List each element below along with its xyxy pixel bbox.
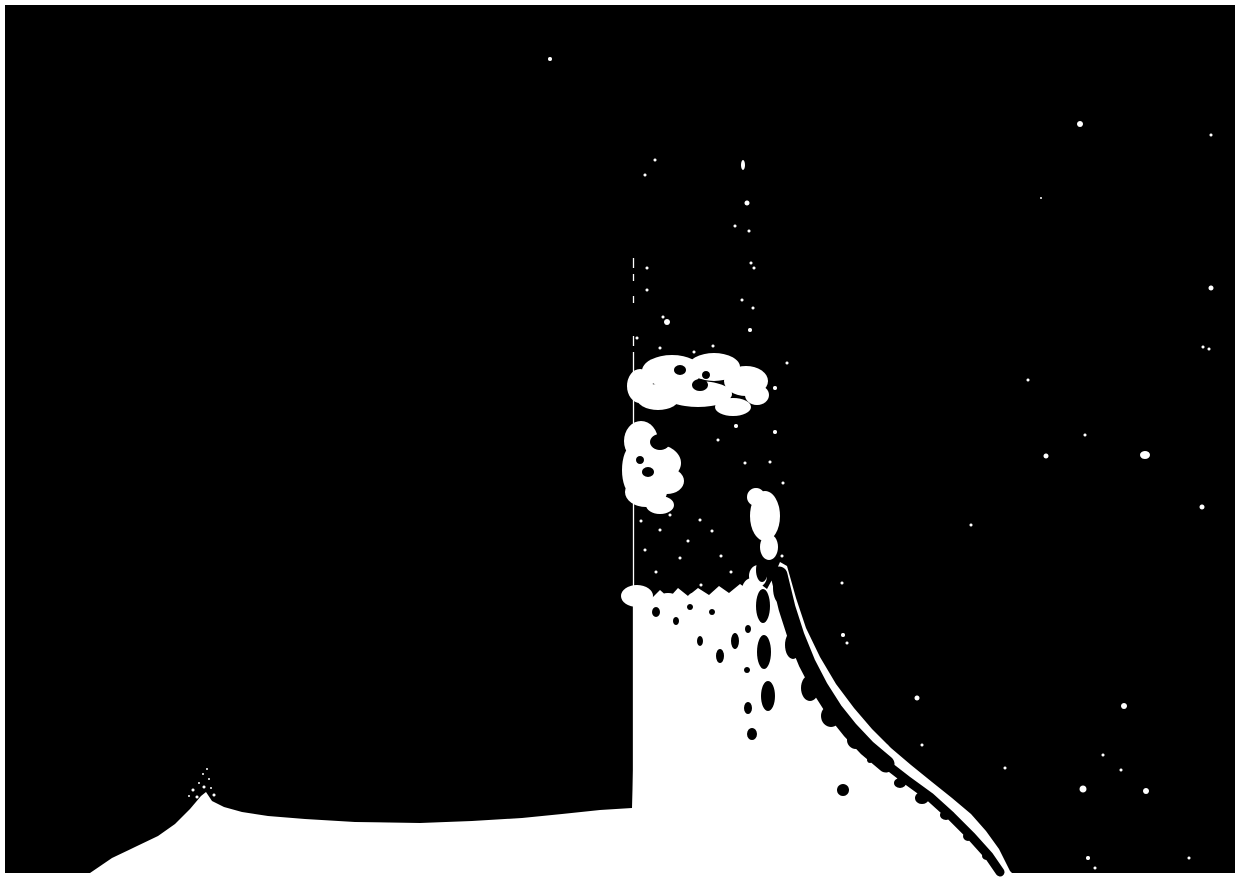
spatter-dot bbox=[654, 159, 657, 162]
spatter-dot bbox=[679, 557, 682, 560]
dark-fleck bbox=[785, 631, 801, 659]
spatter-dot bbox=[1094, 867, 1097, 870]
spatter-dot bbox=[655, 571, 658, 574]
white-blob bbox=[715, 398, 751, 416]
spatter-dot bbox=[717, 439, 720, 442]
spatter-dot bbox=[659, 347, 662, 350]
spatter-dot bbox=[669, 514, 672, 517]
spatter-dot bbox=[921, 744, 924, 747]
spatter-dot bbox=[720, 555, 723, 558]
spatter-dot bbox=[769, 461, 772, 464]
spatter-dot bbox=[773, 386, 777, 390]
spatter-dot bbox=[846, 642, 849, 645]
dark-fleck bbox=[650, 434, 670, 450]
spatter-dot bbox=[203, 786, 206, 789]
spatter-dot bbox=[1040, 197, 1042, 199]
spatter-dot bbox=[196, 796, 199, 799]
spatter-dot bbox=[188, 795, 190, 797]
dark-fleck bbox=[652, 607, 660, 617]
dark-fleck bbox=[716, 649, 724, 663]
spatter-dot bbox=[745, 201, 750, 206]
spatter-dot bbox=[781, 555, 784, 558]
white-blob bbox=[741, 160, 745, 170]
spatter-dot bbox=[748, 328, 752, 332]
white-blob bbox=[760, 534, 778, 560]
spatter-dot bbox=[752, 307, 755, 310]
white-blob bbox=[650, 468, 684, 494]
spatter-dot bbox=[730, 571, 733, 574]
spatter-dot bbox=[1188, 857, 1191, 860]
spatter-dot bbox=[753, 267, 756, 270]
spatter-dot bbox=[1086, 856, 1090, 860]
dark-fleck bbox=[682, 455, 698, 475]
spatter-dot bbox=[206, 768, 208, 770]
spatter-dot bbox=[662, 316, 665, 319]
spatter-dot bbox=[1120, 769, 1123, 772]
spatter-dot bbox=[741, 299, 744, 302]
white-blob bbox=[687, 592, 707, 606]
spatter-dot bbox=[1210, 134, 1213, 137]
spatter-dot bbox=[700, 584, 703, 587]
spatter-dot bbox=[782, 482, 785, 485]
spatter-dot bbox=[915, 696, 920, 701]
white-blob bbox=[1140, 451, 1150, 459]
spatter-dot bbox=[210, 787, 212, 789]
dark-fleck bbox=[821, 705, 841, 727]
spatter-dot bbox=[1208, 348, 1211, 351]
dark-fleck bbox=[731, 633, 739, 649]
white-blob bbox=[621, 585, 653, 607]
spatter-dot bbox=[1143, 788, 1149, 794]
spatter-dot bbox=[640, 520, 643, 523]
spatter-dot bbox=[208, 778, 210, 780]
dark-fleck bbox=[801, 675, 819, 701]
spatter-dot bbox=[1004, 767, 1007, 770]
dark-fleck bbox=[674, 365, 686, 375]
spatter-dot bbox=[198, 782, 200, 784]
binary-image-canvas bbox=[0, 0, 1240, 878]
spatter-dot bbox=[644, 174, 647, 177]
white-blob bbox=[622, 447, 640, 493]
spatter-dot bbox=[646, 267, 649, 270]
black-field bbox=[5, 5, 1235, 873]
spatter-dot bbox=[1200, 505, 1205, 510]
dark-fleck bbox=[745, 625, 751, 633]
dark-fleck bbox=[963, 831, 973, 841]
spatter-dot bbox=[213, 794, 216, 797]
spatter-dot bbox=[786, 362, 789, 365]
spatter-dot bbox=[1027, 379, 1030, 382]
dark-fleck bbox=[747, 728, 757, 740]
spatter-dot bbox=[636, 337, 639, 340]
spatter-dot bbox=[750, 262, 753, 265]
spatter-dot bbox=[668, 782, 671, 785]
spatter-dot bbox=[1102, 754, 1105, 757]
dark-fleck bbox=[697, 636, 703, 646]
spatter-dot bbox=[192, 789, 195, 792]
dark-fleck bbox=[757, 635, 771, 669]
spatter-dot bbox=[841, 633, 845, 637]
white-blob bbox=[656, 593, 680, 609]
spatter-dot bbox=[748, 230, 751, 233]
dark-fleck bbox=[982, 852, 992, 860]
dark-fleck bbox=[773, 572, 789, 604]
spatter-dot bbox=[1077, 121, 1083, 127]
dark-dot bbox=[702, 371, 710, 379]
dark-fleck bbox=[894, 778, 906, 788]
spatter-dot bbox=[687, 540, 690, 543]
dark-fleck bbox=[756, 589, 770, 623]
white-blob bbox=[745, 385, 769, 405]
spatter-dot bbox=[970, 524, 973, 527]
spatter-dot bbox=[734, 424, 738, 428]
spatter-dot bbox=[664, 319, 670, 325]
spatter-dot bbox=[659, 529, 662, 532]
spatter-dot bbox=[744, 462, 747, 465]
spatter-dot bbox=[773, 430, 777, 434]
spatter-dot bbox=[1202, 346, 1205, 349]
dark-dot bbox=[837, 784, 849, 796]
spatter-dot bbox=[711, 530, 714, 533]
spatter-dot bbox=[1080, 786, 1087, 793]
spatter-dot bbox=[699, 519, 702, 522]
dark-fleck bbox=[940, 810, 952, 820]
dark-fleck bbox=[756, 558, 768, 582]
dark-dot bbox=[636, 456, 644, 464]
dark-fleck bbox=[709, 609, 715, 615]
dark-fleck bbox=[692, 379, 708, 391]
spatter-dot bbox=[712, 345, 715, 348]
spatter-dot bbox=[644, 549, 647, 552]
white-blob bbox=[627, 369, 653, 403]
spatter-dot bbox=[734, 225, 737, 228]
spatter-dot bbox=[202, 773, 204, 775]
spatter-dot bbox=[548, 57, 552, 61]
dark-fleck bbox=[847, 731, 865, 749]
binarized-photo-figure bbox=[0, 0, 1240, 878]
dark-fleck bbox=[915, 792, 929, 804]
dark-fleck bbox=[673, 617, 679, 625]
dark-fleck bbox=[761, 681, 775, 711]
spatter-dot bbox=[1209, 286, 1214, 291]
spatter-dot bbox=[693, 351, 696, 354]
dark-fleck bbox=[642, 467, 654, 477]
spatter-dot bbox=[1121, 703, 1127, 709]
dark-fleck bbox=[744, 702, 752, 714]
spatter-dot bbox=[841, 582, 844, 585]
spatter-dot bbox=[886, 745, 889, 748]
dark-fleck bbox=[687, 604, 693, 610]
white-blob bbox=[747, 488, 765, 506]
spatter-dot bbox=[1044, 454, 1049, 459]
spatter-dot bbox=[646, 289, 649, 292]
spatter-dot bbox=[1084, 434, 1087, 437]
dark-dot bbox=[744, 667, 750, 673]
dark-dot bbox=[867, 757, 873, 763]
white-blob bbox=[646, 496, 674, 514]
